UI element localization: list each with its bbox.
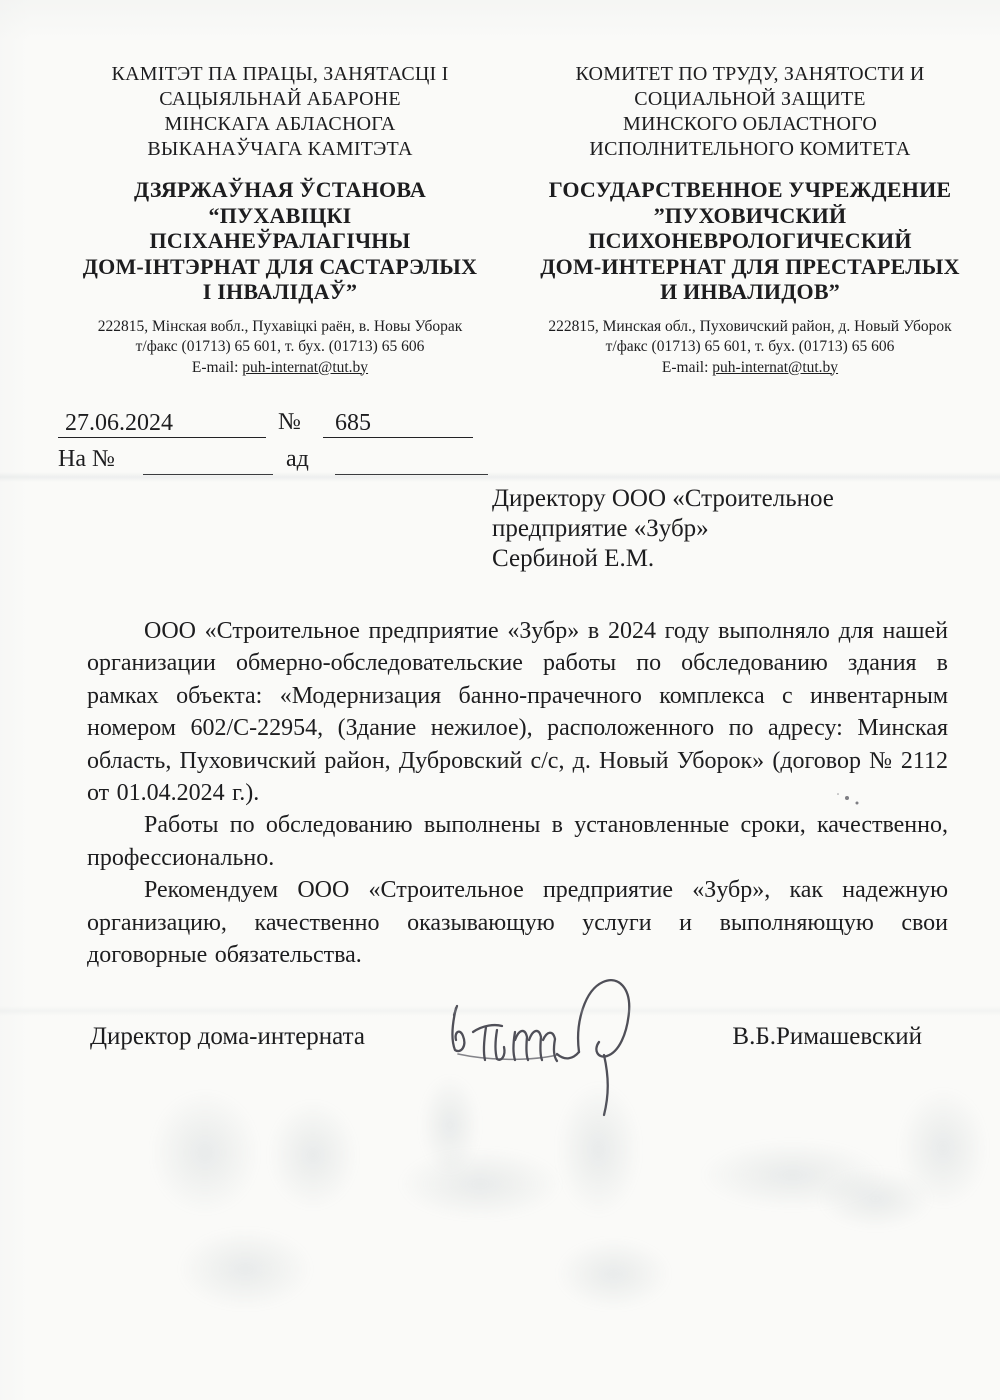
reference-block: 27.06.2024 № 685 На № ад xyxy=(58,402,488,475)
email-label: E-mail: xyxy=(192,359,242,376)
committee-line: МІНСКАГА АБЛАСНОГА xyxy=(56,112,504,137)
reply-reference-row: На № ад xyxy=(58,438,488,475)
phone-line: т/факс (01713) 65 601, т. бух. (01713) 6… xyxy=(526,337,974,358)
letter-body: ООО «Строительное предприятие «Зубр» в 2… xyxy=(87,615,948,971)
bleed-through-smudge xyxy=(150,1090,260,1215)
institution-line: ПСИХОНЕВРОЛОГИЧЕСКИЙ xyxy=(526,228,974,254)
committee-line: ВЫКАНАЎЧАГА КАМІТЭТА xyxy=(56,137,504,162)
letterhead-right-column: КОМИТЕТ ПО ТРУДУ, ЗАНЯТОСТИ И СОЦИАЛЬНОЙ… xyxy=(526,62,974,378)
committee-line: СОЦИАЛЬНОЙ ЗАЩИТЕ xyxy=(526,87,974,112)
institution-line: ДОМ-ИНТЕРНАТ ДЛЯ ПРЕСТАРЕЛЫХ xyxy=(526,254,974,280)
address-line: 222815, Минская обл., Пуховичский район,… xyxy=(526,317,974,338)
institution-name-by: ДЗЯРЖАЎНАЯ ЎСТАНОВА “ПУХАВІЦКІ ПСІХАНЕЎР… xyxy=(56,177,504,305)
committee-line: КОМИТЕТ ПО ТРУДУ, ЗАНЯТОСТИ И xyxy=(526,62,974,87)
bleed-through-smudge xyxy=(420,1075,480,1175)
email-line: E-mail: puh-internat@tut.by xyxy=(56,358,504,379)
scanned-letter-page: КАМІТЭТ ПА ПРАЦЫ, ЗАНЯТАСЦІ І САЦЫЯЛЬНАЙ… xyxy=(0,0,1000,1400)
address-block-by: 222815, Мінская вобл., Пухавіцкі раён, в… xyxy=(56,317,504,379)
address-line: 222815, Мінская вобл., Пухавіцкі раён, в… xyxy=(56,317,504,338)
institution-line: ДЗЯРЖАЎНАЯ ЎСТАНОВА xyxy=(56,177,504,203)
outgoing-reference-row: 27.06.2024 № 685 xyxy=(58,402,488,438)
scan-band xyxy=(0,1006,1000,1016)
bleed-through-smudge xyxy=(178,1228,313,1310)
address-block-ru: 222815, Минская обл., Пуховичский район,… xyxy=(526,317,974,379)
phone-line: т/факс (01713) 65 601, т. бух. (01713) 6… xyxy=(56,337,504,358)
committee-name-by: КАМІТЭТ ПА ПРАЦЫ, ЗАНЯТАСЦІ І САЦЫЯЛЬНАЙ… xyxy=(56,62,504,162)
institution-line: ГОСУДАРСТВЕННОЕ УЧРЕЖДЕНИЕ xyxy=(526,177,974,203)
letterhead-left-column: КАМІТЭТ ПА ПРАЦЫ, ЗАНЯТАСЦІ І САЦЫЯЛЬНАЙ… xyxy=(56,62,504,378)
recipient-block: Директору ООО «Строительное предприятие … xyxy=(492,484,960,574)
pen-mark xyxy=(845,796,849,800)
signer-position: Директор дома-интерната xyxy=(90,1023,365,1051)
body-paragraph: ООО «Строительное предприятие «Зубр» в 2… xyxy=(87,615,948,809)
reply-date-label: ад xyxy=(286,446,318,475)
institution-line: И ИНВАЛИДОВ” xyxy=(526,279,974,305)
letterhead: КАМІТЭТ ПА ПРАЦЫ, ЗАНЯТАСЦІ І САЦЫЯЛЬНАЙ… xyxy=(0,0,1000,378)
signer-name: В.Б.Римашевский xyxy=(732,1023,922,1051)
letter-number: 685 xyxy=(323,410,473,438)
bleed-through-smudge xyxy=(268,1100,358,1210)
recipient-line: Сербиной Е.М. xyxy=(492,544,960,574)
bleed-through-smudge xyxy=(556,1238,671,1310)
institution-line: І ІНВАЛІДАЎ” xyxy=(56,279,504,305)
bleed-through-smudge xyxy=(556,1082,641,1217)
letter-date: 27.06.2024 xyxy=(58,410,266,438)
committee-name-ru: КОМИТЕТ ПО ТРУДУ, ЗАНЯТОСТИ И СОЦИАЛЬНОЙ… xyxy=(526,62,974,162)
institution-name-ru: ГОСУДАРСТВЕННОЕ УЧРЕЖДЕНИЕ ”ПУХОВИЧСКИЙ … xyxy=(526,177,974,305)
email-address: puh-internat@tut.by xyxy=(712,359,838,376)
number-sign: № xyxy=(278,409,308,438)
institution-line: ”ПУХОВИЧСКИЙ xyxy=(526,203,974,229)
recipient-line: Директору ООО «Строительное xyxy=(492,484,960,514)
body-paragraph: Рекомендуем ООО «Строительное предприяти… xyxy=(87,874,948,971)
committee-line: ИСПОЛНИТЕЛЬНОГО КОМИТЕТА xyxy=(526,137,974,162)
reply-to-label: На № xyxy=(58,446,134,475)
email-line: E-mail: puh-internat@tut.by xyxy=(526,358,974,379)
scan-band xyxy=(0,472,1000,482)
recipient-line: предприятие «Зубр» xyxy=(492,514,960,544)
email-address: puh-internat@tut.by xyxy=(242,359,368,376)
committee-line: КАМІТЭТ ПА ПРАЦЫ, ЗАНЯТАСЦІ І xyxy=(56,62,504,87)
committee-line: МИНСКОГО ОБЛАСТНОГО xyxy=(526,112,974,137)
email-label: E-mail: xyxy=(662,359,712,376)
bleed-through-smudge xyxy=(398,1148,563,1220)
committee-line: САЦЫЯЛЬНАЙ АБАРОНЕ xyxy=(56,87,504,112)
institution-line: “ПУХАВІЦКІ xyxy=(56,203,504,229)
body-paragraph: Работы по обследованию выполнены в устан… xyxy=(87,809,948,874)
bleed-through-smudge xyxy=(818,1168,933,1230)
institution-line: ПСІХАНЕЎРАЛАГІЧНЫ xyxy=(56,228,504,254)
signature-row: Директор дома-интерната В.Б.Римашевский xyxy=(90,1017,922,1057)
institution-line: ДОМ-ІНТЭРНАТ ДЛЯ САСТАРЭЛЫХ xyxy=(56,254,504,280)
